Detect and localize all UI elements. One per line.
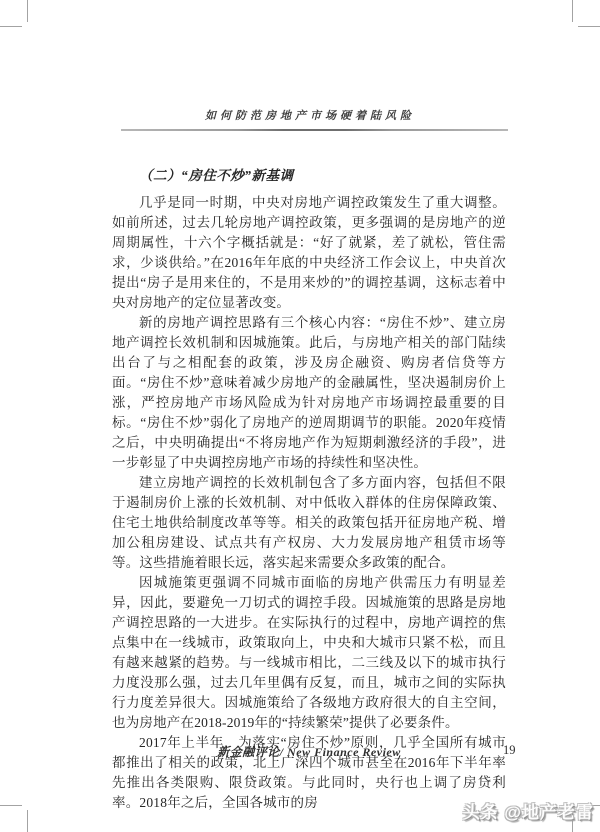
- page-body: （二）“房住不炒”新基调 几乎是同一时期，中央对房地产调控政策发生了重大调整。如…: [112, 164, 506, 813]
- crop-mark-top-left-vertical: [27, 0, 28, 22]
- crop-mark-top-right-vertical: [572, 0, 573, 22]
- crop-mark-bottom-left-vertical: [27, 810, 28, 832]
- crop-mark-top-left-horizontal: [0, 26, 22, 27]
- header-rule: [121, 129, 508, 131]
- running-header-title: 如何防范房地产市场硬着陆风险: [112, 107, 508, 123]
- body-paragraph: 建立房地产调控的长效机制包含了多方面内容，包括但不限于遏制房价上涨的长效机制、对…: [112, 473, 506, 573]
- crop-mark-bottom-left-horizontal: [0, 805, 22, 806]
- body-paragraph: 因城施策更强调不同城市面临的房地产供需压力有明显差异，因此，要避免一刀切式的调控…: [112, 573, 506, 733]
- section-heading: （二）“房住不炒”新基调: [112, 164, 506, 184]
- document-page: 如何防范房地产市场硬着陆风险 （二）“房住不炒”新基调 几乎是同一时期，中央对房…: [0, 0, 600, 832]
- body-paragraph: 新的房地产调控思路有三个核心内容：“房住不炒”、建立房地产调控长效机制和因城施策…: [112, 313, 506, 473]
- page-number: 19: [503, 743, 516, 758]
- watermark-toutiao-badge: 头条 @地产老雷: [463, 798, 594, 823]
- footer-journal-title: 新金融评论/ New Finance Review: [112, 743, 506, 760]
- crop-mark-top-right-horizontal: [578, 26, 600, 27]
- body-paragraph: 几乎是同一时期，中央对房地产调控政策发生了重大调整。如前所述，过去几轮房地产调控…: [112, 193, 506, 313]
